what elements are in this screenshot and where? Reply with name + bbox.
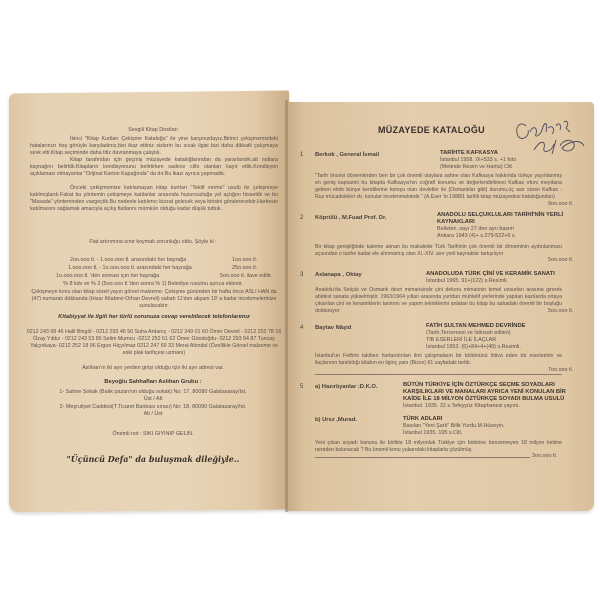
sub-entry-author: b) Ursz ,Murad. [315,417,357,423]
entry-book-title: ANADOLU SELÇUKLULARI TARİHİ'NİN YERLİ KA… [437,212,567,226]
entry-detail: İstanbul 1958. IX+533 s. +1 foto [440,157,516,164]
entry-price: 5oo.ooo tl. [548,308,573,314]
price-rule-step: 1oo.ooo tl. [232,257,257,264]
entry-author: Berkok , General İsmail [315,152,379,158]
entry-description: "Tarih öncesi dönemlerden beri bir çok ö… [315,173,562,201]
sub-entry-detail: İstanbul 1935. 105 s.Cilt. [403,430,462,437]
entry-price: 7oo.ooo tl. [548,367,573,373]
viewing-note: Çekişmeye konu olan kitap süreli yayın g… [28,289,280,310]
entry-description: Anadolu'da Selçuk ve Osmanlı devri mimar… [315,287,562,315]
tax-note: % 8 kdv ve % 2 (5oo.ooo tl.'den sonra % … [28,281,278,288]
entry-number: 1 [300,152,303,158]
price-rule-range: 1o.ooo.ooo tl. 'den sonrası için her bay… [56,273,159,280]
entry-author: Köprülü , M.Fuad Prof. Dr. [315,215,387,221]
entry-detail: TIB ESERLERİ İLE İLAÇLAR [426,337,496,344]
closing-line: "Üçüncü Defa" da buluşmak dileğiyle.. [28,456,278,463]
entry-divider [315,374,562,375]
price-rule-range: 1.ooo.ooo tl. - 1o.ooo.ooo tl. arasındak… [68,265,192,272]
entry-description: Yeni çıkan soyadı kanunu ile birlikte 18… [315,440,562,454]
entry-number: 2 [300,215,303,221]
entry-detail: (Metinde Resim ve Harita) Cilt [440,164,512,171]
sub-entry-detail: Basılan "Yeni Şark" Bilik Yurdu.M.Hüseyi… [403,423,505,430]
phones-heading: Kitabiyyat ile ilgili her türlü sorunuza… [28,314,280,321]
greeting: Sevgili Kitap Dostları [28,127,278,134]
entry-description: Bir kitap genişliğinde kaleme alınan bu … [315,244,562,258]
price-rule-step: 25o.ooo tl. [232,265,257,272]
entry-price: 3oo.ooo tl. [532,453,557,459]
address-intro: Aslıhan'ın iki ayrı yerden girişi olduğu… [28,365,278,372]
entry-detail: İstanbul 1965. 91+(122) s.Resimli. [426,278,508,285]
entry-number: 5 [300,384,303,390]
entry-detail: Ankara 1943 (4)+ s.279-522+6 s. [437,233,516,240]
handwritten-signature [512,110,592,160]
price-rule-step: 5oo.ooo tl. ilave edilir. [220,273,272,280]
group-heading: Beyoğlu Sahhafları Aslıhan Grubu : [28,379,278,386]
entry-detail: (Tarih,Tercemesi ve İstinsah edilen) [426,330,511,337]
bidding-paragraph: Önceki çekişmemize katılamayan kitap kur… [30,185,278,213]
price-intro: Fiat artırımına sınır koymak zorunluğu o… [28,239,278,246]
entry-price: 5oo.ooo tl. [548,257,573,263]
intro-paragraph: İkinci "Kitap Kurtları Çekişme Kataloğu"… [30,136,278,157]
entry-author: a) Hazırlıyanlar :D.K.O. [315,384,378,390]
entry-divider [315,457,530,458]
price-rule-range: 2oo.ooo tl. - 1.ooo.ooo tl. arasındaki h… [70,257,186,264]
entry-author: Aslanapa , Oktay [315,272,362,278]
entry-detail: Belleten ,sayı 27 den ayrı basım [437,226,514,233]
catalogue-title: MÜZAYEDE KATALOĞU [378,127,485,134]
address-floor: Alt / Üst [28,411,278,418]
important-note: Önemli not : SIKI GIYINIP GELIN. [28,431,278,438]
entry-number: 3 [300,272,303,278]
catalogue-paragraph: Kitap tarafından için geçmiş müzayede ka… [30,157,278,178]
book-spine [285,100,288,512]
entry-author: Baytav Nâşid [315,325,351,331]
entry-detail: İstanbul. 1935. 32 s.Tefeyyüz Kitaphanes… [403,403,520,410]
phones-list: 0212 243 08 46 Halil Bingöl - 0212 293 4… [26,329,282,357]
entry-detail: İstanbul 1953. (6)+84+4+(48) s.Resimli. [426,344,521,351]
entry-number: 4 [300,325,303,331]
open-booklet: Sevgili Kitap Dostları İkinci "Kitap Kur… [0,0,600,600]
address-floor: Üst / Alt [28,396,278,403]
entry-book-title: BÜTÜN TÜRKİYE İÇİN ÖZTÜRKÇE SEÇME SOYADL… [403,382,583,404]
entry-description: İstanbul'un Fethini takiben hurtandırıla… [315,353,562,367]
entry-price: 9oo.ooo tl. [548,201,573,207]
